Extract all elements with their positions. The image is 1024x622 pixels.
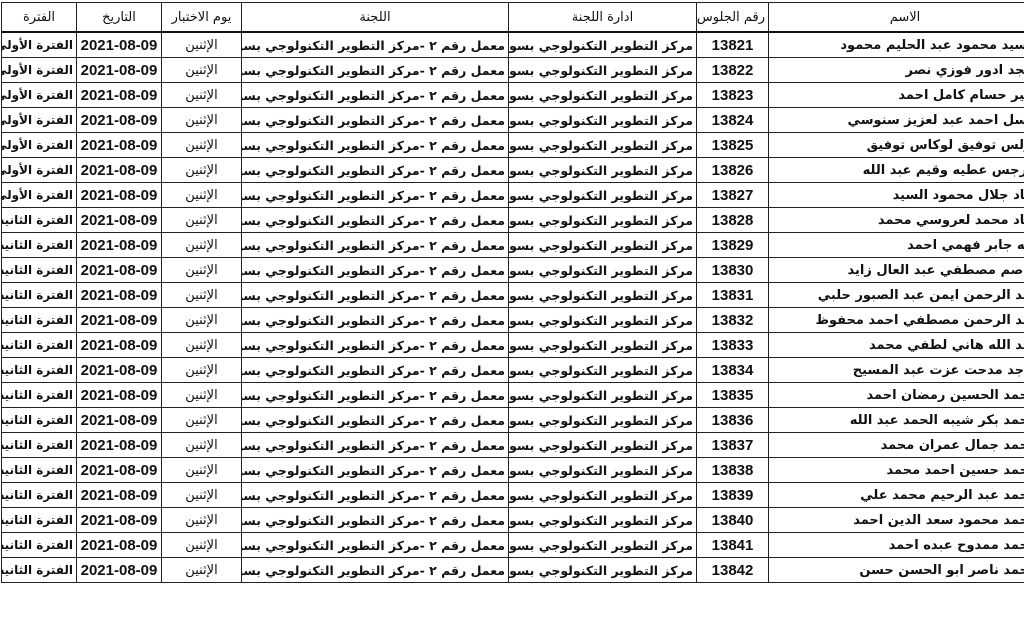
committee-admin-cell: مركز التطوير التكنولوجي بسوهاج (509, 233, 697, 258)
student-name-cell: عبد الرحمن مصطفي احمد محفوظ (769, 308, 1024, 333)
committee-admin-cell: مركز التطوير التكنولوجي بسوهاج (509, 258, 697, 283)
exam-period-cell: الفترة الثانية (2, 558, 77, 583)
seat-number-cell: 13829 (697, 233, 769, 258)
exam-day-cell: الإثنين (162, 208, 242, 233)
committee-admin-cell: مركز التطوير التكنولوجي بسوهاج (509, 483, 697, 508)
table-row: محمد ناصر ابو الحسن حسن13842مركز التطوير… (2, 558, 1024, 583)
exam-day-cell: الإثنين (162, 183, 242, 208)
student-name-cell: محمد بكر شيبه الحمد عبد الله (769, 408, 1024, 433)
exam-date-cell: 2021-08-09 (77, 283, 162, 308)
committee-admin-cell: مركز التطوير التكنولوجي بسوهاج (509, 133, 697, 158)
student-name-cell: محمد جمال عمران محمد (769, 433, 1024, 458)
exam-period-cell: الفترة الأولى (2, 183, 77, 208)
committee-admin-cell: مركز التطوير التكنولوجي بسوهاج (509, 283, 697, 308)
exam-day-cell: الإثنين (162, 533, 242, 558)
seat-number-cell: 13838 (697, 458, 769, 483)
table-row: عبد الرحمن ايمن عبد الصبور حلبي13831مركز… (2, 283, 1024, 308)
table-row: عبد الله هاني لطفي محمد13833مركز التطوير… (2, 333, 1024, 358)
seat-number-cell: 13830 (697, 258, 769, 283)
committee-cell: معمل رقم ٢ -مركز التطوير التكنولوجي بسوه… (242, 258, 509, 283)
seat-number-cell: 13833 (697, 333, 769, 358)
committee-cell: معمل رقم ٢ -مركز التطوير التكنولوجي بسوه… (242, 308, 509, 333)
committee-admin-cell: مركز التطوير التكنولوجي بسوهاج (509, 58, 697, 83)
exam-period-cell: الفترة الثانية (2, 408, 77, 433)
student-name-cell: ماجد مدحت عزت عبد المسيح (769, 358, 1024, 383)
student-name-cell: السيد محمود عبد الحليم محمود (769, 32, 1024, 58)
committee-cell: معمل رقم ٢ -مركز التطوير التكنولوجي بسوه… (242, 158, 509, 183)
seat-number-cell: 13832 (697, 308, 769, 333)
exam-period-cell: الفترة الثانية (2, 333, 77, 358)
committee-cell: معمل رقم ٢ -مركز التطوير التكنولوجي بسوه… (242, 508, 509, 533)
table-row: امجد ادور فوزي نصر13822مركز التطوير التك… (2, 58, 1024, 83)
header-committee: اللجنة (242, 3, 509, 33)
committee-cell: معمل رقم ٢ -مركز التطوير التكنولوجي بسوه… (242, 408, 509, 433)
table-row: زياد محمد لعروسي محمد13828مركز التطوير ا… (2, 208, 1024, 233)
committee-admin-cell: مركز التطوير التكنولوجي بسوهاج (509, 83, 697, 108)
exam-day-cell: الإثنين (162, 108, 242, 133)
exam-period-cell: الفترة الثانية (2, 208, 77, 233)
committee-cell: معمل رقم ٢ -مركز التطوير التكنولوجي بسوه… (242, 533, 509, 558)
student-name-cell: بولس توفيق لوكاس توفيق (769, 133, 1024, 158)
header-period: الفترة (2, 3, 77, 33)
table-row: محمد عبد الرحيم محمد علي13839مركز التطوي… (2, 483, 1024, 508)
header-row: الاسم رقم الجلوس ادارة اللجنة اللجنة يوم… (2, 3, 1024, 33)
exam-date-cell: 2021-08-09 (77, 133, 162, 158)
committee-admin-cell: مركز التطوير التكنولوجي بسوهاج (509, 408, 697, 433)
exam-date-cell: 2021-08-09 (77, 333, 162, 358)
exam-period-cell: الفترة الثانية (2, 508, 77, 533)
seat-number-cell: 13828 (697, 208, 769, 233)
exam-date-cell: 2021-08-09 (77, 258, 162, 283)
table-row: امير حسام كامل احمد13823مركز التطوير الت… (2, 83, 1024, 108)
seat-number-cell: 13837 (697, 433, 769, 458)
committee-admin-cell: مركز التطوير التكنولوجي بسوهاج (509, 358, 697, 383)
committee-cell: معمل رقم ٢ -مركز التطوير التكنولوجي بسوه… (242, 32, 509, 58)
table-row: محمد الحسين رمضان احمد13835مركز التطوير … (2, 383, 1024, 408)
exam-day-cell: الإثنين (162, 358, 242, 383)
exam-period-cell: الفترة الأولى (2, 133, 77, 158)
exam-date-cell: 2021-08-09 (77, 58, 162, 83)
exam-day-cell: الإثنين (162, 58, 242, 83)
table-row: عبد الرحمن مصطفي احمد محفوظ13832مركز الت… (2, 308, 1024, 333)
exam-date-cell: 2021-08-09 (77, 483, 162, 508)
exam-day-cell: الإثنين (162, 308, 242, 333)
exam-day-cell: الإثنين (162, 433, 242, 458)
table-row: زياد جلال محمود السيد13827مركز التطوير ا… (2, 183, 1024, 208)
exam-date-cell: 2021-08-09 (77, 233, 162, 258)
seat-number-cell: 13841 (697, 533, 769, 558)
header-name: الاسم (769, 3, 1024, 33)
committee-cell: معمل رقم ٢ -مركز التطوير التكنولوجي بسوه… (242, 383, 509, 408)
exam-date-cell: 2021-08-09 (77, 558, 162, 583)
committee-admin-cell: مركز التطوير التكنولوجي بسوهاج (509, 383, 697, 408)
committee-cell: معمل رقم ٢ -مركز التطوير التكنولوجي بسوه… (242, 458, 509, 483)
table-row: طه جابر فهمي احمد13829مركز التطوير التكن… (2, 233, 1024, 258)
exam-day-cell: الإثنين (162, 333, 242, 358)
committee-admin-cell: مركز التطوير التكنولوجي بسوهاج (509, 433, 697, 458)
table-row: محمد جمال عمران محمد13837مركز التطوير ال… (2, 433, 1024, 458)
committee-admin-cell: مركز التطوير التكنولوجي بسوهاج (509, 533, 697, 558)
committee-cell: معمل رقم ٢ -مركز التطوير التكنولوجي بسوه… (242, 83, 509, 108)
exam-date-cell: 2021-08-09 (77, 158, 162, 183)
committee-cell: معمل رقم ٢ -مركز التطوير التكنولوجي بسوه… (242, 333, 509, 358)
committee-admin-cell: مركز التطوير التكنولوجي بسوهاج (509, 508, 697, 533)
student-name-cell: زياد جلال محمود السيد (769, 183, 1024, 208)
committee-admin-cell: مركز التطوير التكنولوجي بسوهاج (509, 558, 697, 583)
exam-period-cell: الفترة الأولى (2, 158, 77, 183)
exam-period-cell: الفترة الثانية (2, 383, 77, 408)
table-row: بولس توفيق لوكاس توفيق13825مركز التطوير … (2, 133, 1024, 158)
exam-date-cell: 2021-08-09 (77, 533, 162, 558)
committee-admin-cell: مركز التطوير التكنولوجي بسوهاج (509, 333, 697, 358)
table-row: عاصم مصطفي عبد العال زايد13830مركز التطو… (2, 258, 1024, 283)
exam-day-cell: الإثنين (162, 558, 242, 583)
table-row: محمد حسين احمد محمد13838مركز التطوير الت… (2, 458, 1024, 483)
exam-day-cell: الإثنين (162, 283, 242, 308)
student-name-cell: زياد محمد لعروسي محمد (769, 208, 1024, 233)
committee-cell: معمل رقم ٢ -مركز التطوير التكنولوجي بسوه… (242, 233, 509, 258)
committee-admin-cell: مركز التطوير التكنولوجي بسوهاج (509, 208, 697, 233)
committee-cell: معمل رقم ٢ -مركز التطوير التكنولوجي بسوه… (242, 183, 509, 208)
committee-cell: معمل رقم ٢ -مركز التطوير التكنولوجي بسوه… (242, 58, 509, 83)
exam-period-cell: الفترة الثانية (2, 233, 77, 258)
exam-date-cell: 2021-08-09 (77, 108, 162, 133)
committee-cell: معمل رقم ٢ -مركز التطوير التكنولوجي بسوه… (242, 558, 509, 583)
exam-period-cell: الفترة الثانية (2, 258, 77, 283)
exam-period-cell: الفترة الثانية (2, 533, 77, 558)
seat-number-cell: 13821 (697, 32, 769, 58)
exam-date-cell: 2021-08-09 (77, 358, 162, 383)
exam-date-cell: 2021-08-09 (77, 208, 162, 233)
exam-period-cell: الفترة الثانية (2, 458, 77, 483)
exam-period-cell: الفترة الثانية (2, 433, 77, 458)
exam-period-cell: الفترة الثانية (2, 358, 77, 383)
exam-period-cell: الفترة الثانية (2, 483, 77, 508)
table-row: جرجس عطيه وقيم عبد الله13826مركز التطوير… (2, 158, 1024, 183)
committee-admin-cell: مركز التطوير التكنولوجي بسوهاج (509, 183, 697, 208)
student-name-cell: امير حسام كامل احمد (769, 83, 1024, 108)
committee-admin-cell: مركز التطوير التكنولوجي بسوهاج (509, 158, 697, 183)
exam-schedule-sheet: الاسم رقم الجلوس ادارة اللجنة اللجنة يوم… (2, 2, 1024, 583)
exam-date-cell: 2021-08-09 (77, 183, 162, 208)
seat-number-cell: 13825 (697, 133, 769, 158)
table-row: ماجد مدحت عزت عبد المسيح13834مركز التطوي… (2, 358, 1024, 383)
header-committee-admin: ادارة اللجنة (509, 3, 697, 33)
seat-number-cell: 13835 (697, 383, 769, 408)
student-name-cell: محمد ممدوح عبده احمد (769, 533, 1024, 558)
table-row: محمد بكر شيبه الحمد عبد الله13836مركز ال… (2, 408, 1024, 433)
seat-number-cell: 13834 (697, 358, 769, 383)
committee-admin-cell: مركز التطوير التكنولوجي بسوهاج (509, 108, 697, 133)
committee-admin-cell: مركز التطوير التكنولوجي بسوهاج (509, 32, 697, 58)
committee-admin-cell: مركز التطوير التكنولوجي بسوهاج (509, 458, 697, 483)
exam-period-cell: الفترة الأولى (2, 32, 77, 58)
student-name-cell: جرجس عطيه وقيم عبد الله (769, 158, 1024, 183)
seat-number-cell: 13827 (697, 183, 769, 208)
committee-cell: معمل رقم ٢ -مركز التطوير التكنولوجي بسوه… (242, 433, 509, 458)
committee-cell: معمل رقم ٢ -مركز التطوير التكنولوجي بسوه… (242, 133, 509, 158)
exam-day-cell: الإثنين (162, 83, 242, 108)
exam-day-cell: الإثنين (162, 133, 242, 158)
committee-cell: معمل رقم ٢ -مركز التطوير التكنولوجي بسوه… (242, 208, 509, 233)
student-name-cell: محمد عبد الرحيم محمد علي (769, 483, 1024, 508)
exam-day-cell: الإثنين (162, 233, 242, 258)
exam-period-cell: الفترة الثانية (2, 283, 77, 308)
committee-cell: معمل رقم ٢ -مركز التطوير التكنولوجي بسوه… (242, 483, 509, 508)
exam-schedule-table: الاسم رقم الجلوس ادارة اللجنة اللجنة يوم… (1, 2, 1024, 583)
table-row: محمد محمود سعد الدين احمد13840مركز التطو… (2, 508, 1024, 533)
exam-date-cell: 2021-08-09 (77, 433, 162, 458)
exam-day-cell: الإثنين (162, 458, 242, 483)
seat-number-cell: 13823 (697, 83, 769, 108)
exam-day-cell: الإثنين (162, 483, 242, 508)
seat-number-cell: 13836 (697, 408, 769, 433)
exam-period-cell: الفترة الثانية (2, 308, 77, 333)
seat-number-cell: 13840 (697, 508, 769, 533)
seat-number-cell: 13831 (697, 283, 769, 308)
table-row: السيد محمود عبد الحليم محمود13821مركز ال… (2, 32, 1024, 58)
exam-date-cell: 2021-08-09 (77, 32, 162, 58)
exam-period-cell: الفترة الأولى (2, 108, 77, 133)
table-body: السيد محمود عبد الحليم محمود13821مركز ال… (2, 32, 1024, 583)
header-exam-day: يوم الاختبار (162, 3, 242, 33)
seat-number-cell: 13842 (697, 558, 769, 583)
seat-number-cell: 13839 (697, 483, 769, 508)
table-row: محمد ممدوح عبده احمد13841مركز التطوير ال… (2, 533, 1024, 558)
exam-day-cell: الإثنين (162, 508, 242, 533)
student-name-cell: باسل احمد عبد لعزيز سنوسي (769, 108, 1024, 133)
student-name-cell: محمد محمود سعد الدين احمد (769, 508, 1024, 533)
committee-admin-cell: مركز التطوير التكنولوجي بسوهاج (509, 308, 697, 333)
student-name-cell: طه جابر فهمي احمد (769, 233, 1024, 258)
header-seat-number: رقم الجلوس (697, 3, 769, 33)
student-name-cell: محمد ناصر ابو الحسن حسن (769, 558, 1024, 583)
student-name-cell: محمد حسين احمد محمد (769, 458, 1024, 483)
student-name-cell: عبد الرحمن ايمن عبد الصبور حلبي (769, 283, 1024, 308)
exam-period-cell: الفترة الأولى (2, 58, 77, 83)
committee-cell: معمل رقم ٢ -مركز التطوير التكنولوجي بسوه… (242, 283, 509, 308)
committee-cell: معمل رقم ٢ -مركز التطوير التكنولوجي بسوه… (242, 108, 509, 133)
seat-number-cell: 13826 (697, 158, 769, 183)
table-row: باسل احمد عبد لعزيز سنوسي13824مركز التطو… (2, 108, 1024, 133)
committee-cell: معمل رقم ٢ -مركز التطوير التكنولوجي بسوه… (242, 358, 509, 383)
exam-date-cell: 2021-08-09 (77, 383, 162, 408)
seat-number-cell: 13824 (697, 108, 769, 133)
exam-day-cell: الإثنين (162, 258, 242, 283)
exam-date-cell: 2021-08-09 (77, 458, 162, 483)
exam-date-cell: 2021-08-09 (77, 408, 162, 433)
exam-day-cell: الإثنين (162, 158, 242, 183)
exam-date-cell: 2021-08-09 (77, 308, 162, 333)
student-name-cell: امجد ادور فوزي نصر (769, 58, 1024, 83)
student-name-cell: عبد الله هاني لطفي محمد (769, 333, 1024, 358)
exam-day-cell: الإثنين (162, 383, 242, 408)
exam-date-cell: 2021-08-09 (77, 508, 162, 533)
student-name-cell: عاصم مصطفي عبد العال زايد (769, 258, 1024, 283)
exam-day-cell: الإثنين (162, 408, 242, 433)
header-date: التاريخ (77, 3, 162, 33)
exam-day-cell: الإثنين (162, 32, 242, 58)
exam-period-cell: الفترة الأولى (2, 83, 77, 108)
exam-date-cell: 2021-08-09 (77, 83, 162, 108)
student-name-cell: محمد الحسين رمضان احمد (769, 383, 1024, 408)
seat-number-cell: 13822 (697, 58, 769, 83)
